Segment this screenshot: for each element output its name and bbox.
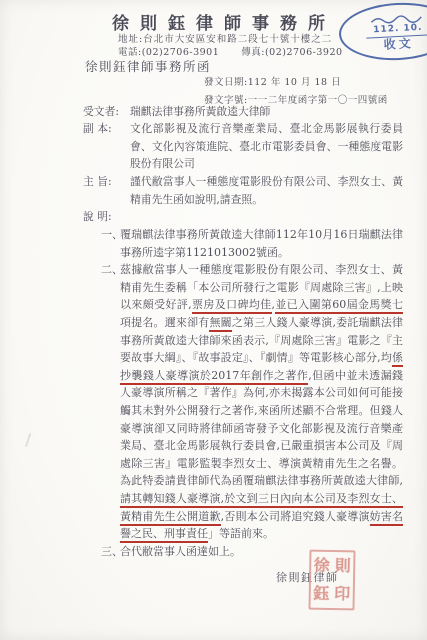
item-text: 合代敝當事人函達如上。 bbox=[120, 543, 403, 561]
receipt-stamp-label: 收文 bbox=[383, 37, 414, 52]
seal-character: 印 bbox=[334, 586, 350, 602]
receipt-stamp-date: 112. 10. bbox=[373, 22, 423, 35]
explanation-label: 說 明: bbox=[83, 208, 130, 226]
recipient-row: 受文者: 瑞麒法律事務所黃啟逵大律師 bbox=[83, 103, 403, 121]
item-number: 二、 bbox=[101, 261, 120, 543]
item-text: 茲據敝當事人一種態度電影股份有限公司、李烈女士、黃精甫先生委稱「本公司所發行之電… bbox=[120, 261, 403, 543]
scanned-letter-page: 徐則鈺律師事務所 地址:台北市大安區安和路二段七十號十樓之二 電話:(02)27… bbox=[0, 0, 427, 640]
cc-row: 副 本: 文化部影視及流行音樂產業局、臺北金馬影展執行委員會、文化內容策進院、臺… bbox=[83, 120, 403, 173]
seal-character: 徐 bbox=[314, 558, 330, 574]
subject-row: 主 旨: 謹代敝當事人一種態度電影股份有限公司、李烈女士、黃精甫先生函如說明,請… bbox=[83, 173, 403, 208]
letterhead-phone: 電話:(02)2706-3901 bbox=[118, 44, 219, 58]
item-number: 一、 bbox=[101, 226, 120, 261]
document-title: 徐則鈺律師事務所函 bbox=[85, 57, 211, 75]
explanation-item-2: 二、 茲據敝當事人一種態度電影股份有限公司、李烈女士、黃精甫先生委稱「本公司所發… bbox=[101, 261, 403, 543]
lawyer-seal: 徐 則 鈺 印 bbox=[308, 550, 355, 611]
explanation-item-3: 三、 合代敝當事人函達如上。 bbox=[101, 543, 403, 561]
seal-character: 則 bbox=[335, 558, 351, 574]
receipt-stamp: 112. 10. 收文 bbox=[338, 0, 427, 63]
cc-label: 副 本: bbox=[83, 120, 130, 173]
seal-character: 鈺 bbox=[313, 586, 329, 602]
letterhead-contact: 電話:(02)2706-3901 傳真:(02)2706-3920 bbox=[118, 44, 343, 58]
item-text: 覆瑞麒法律事務所黃啟逵大律師112年10月16日瑞麒法律事務所逵字第112101… bbox=[120, 226, 403, 261]
scan-artifact bbox=[25, 433, 37, 449]
subject-value: 謹代敝當事人一種態度電影股份有限公司、李烈女士、黃精甫先生函如說明,請查照。 bbox=[130, 173, 403, 208]
explanation-heading-row: 說 明: bbox=[83, 208, 403, 226]
subject-label: 主 旨: bbox=[83, 173, 130, 208]
explanation-item-1: 一、 覆瑞麒法律事務所黃啟逵大律師112年10月16日瑞麒法律事務所逵字第112… bbox=[101, 226, 403, 261]
item-number: 三、 bbox=[101, 543, 120, 561]
recipient-value: 瑞麒法律事務所黃啟逵大律師 bbox=[130, 103, 403, 121]
issue-date: 發文日期:112 年 10 月 18 日 bbox=[204, 74, 388, 92]
explanation-items: 一、 覆瑞麒法律事務所黃啟逵大律師112年10月16日瑞麒法律事務所逵字第112… bbox=[101, 226, 403, 560]
cc-value: 文化部影視及流行音樂產業局、臺北金馬影展執行委員會、文化內容策進院、臺北市電影委… bbox=[130, 120, 403, 173]
letterhead-fax: 傳真:(02)2706-3920 bbox=[241, 44, 342, 58]
recipient-label: 受文者: bbox=[83, 103, 130, 121]
letterhead-address: 地址:台北市大安區安和路二段七十號十樓之二 bbox=[118, 31, 332, 45]
